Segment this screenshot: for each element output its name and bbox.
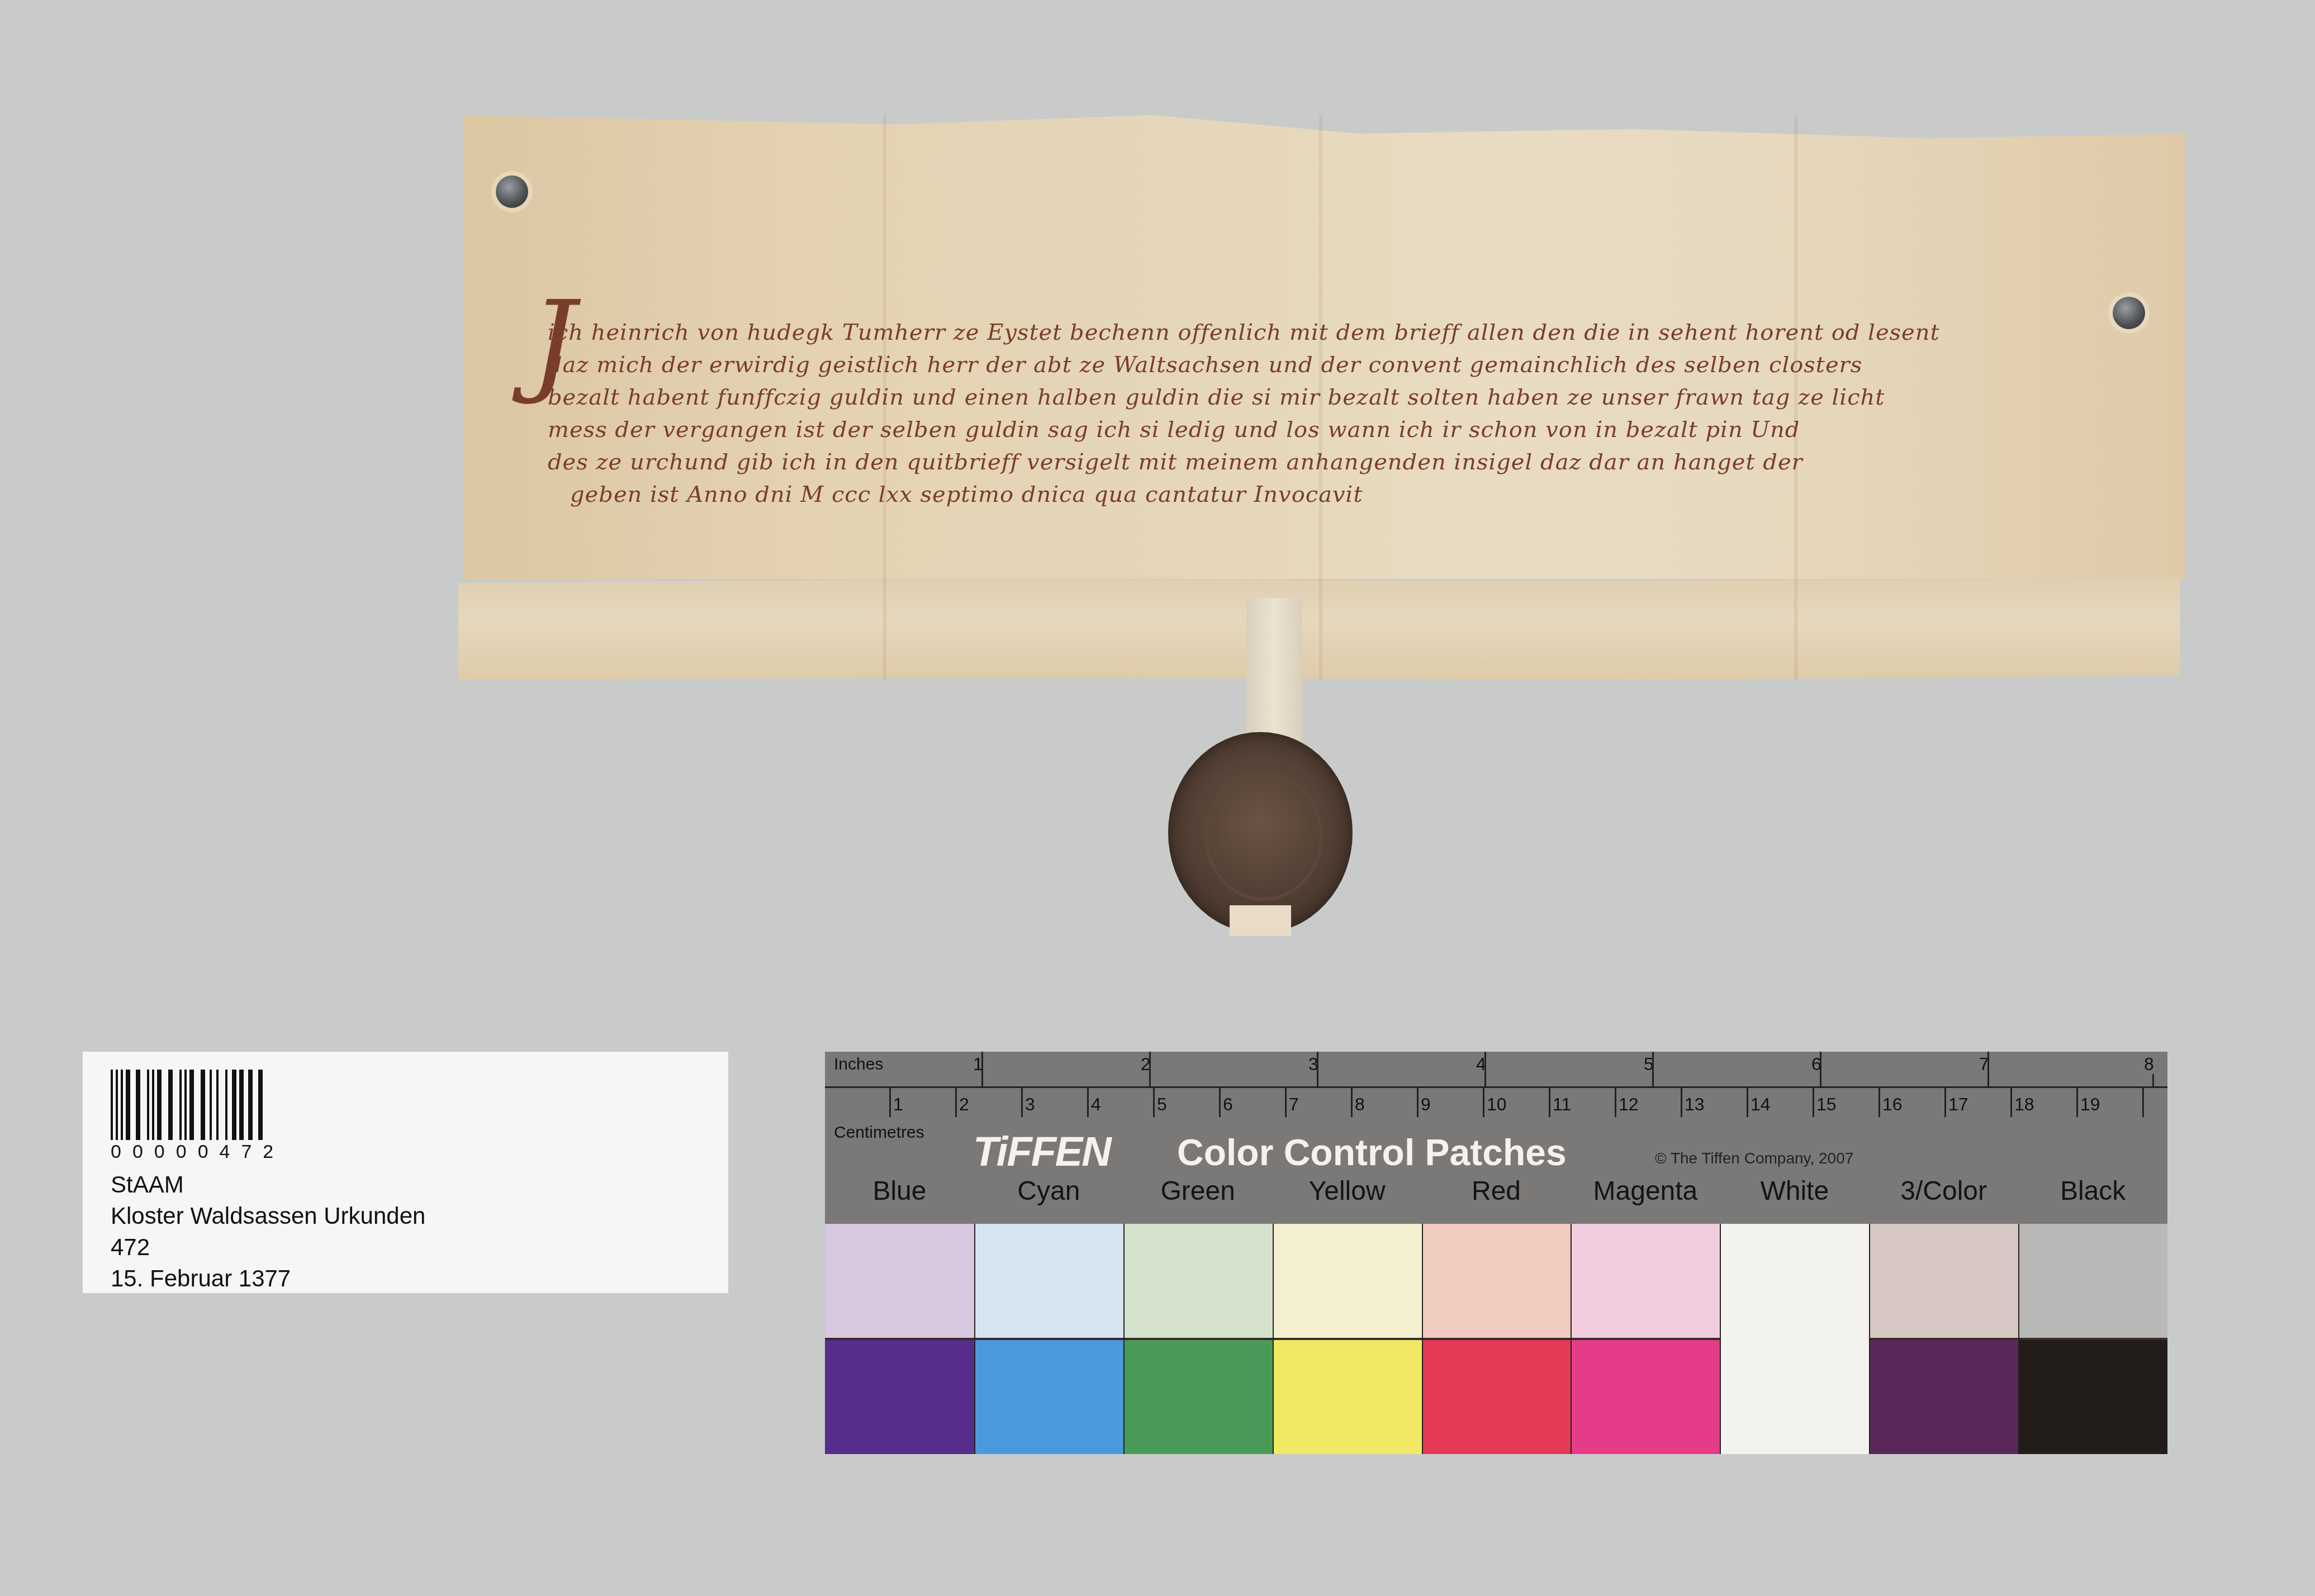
patch-label: Black: [2018, 1176, 2167, 1206]
color-control-card: Inches 1 2 3 4 5 6 7 8 1 2 3 4 5 6 7 8 9…: [825, 1052, 2167, 1454]
text-line: daz mich der erwirdig geistlich herr der…: [548, 349, 2085, 381]
cm-mark: 9: [1421, 1094, 1431, 1115]
patch-yellow: [1273, 1224, 1422, 1454]
patch-label: 3/Color: [1869, 1176, 2018, 1206]
patch-label: Blue: [825, 1176, 974, 1206]
cm-mark: 4: [1091, 1094, 1101, 1115]
patch-3color: [1869, 1224, 2018, 1454]
text-line: des ze urchund gib ich in den quitbrieff…: [548, 446, 2085, 478]
patch-label: Magenta: [1571, 1176, 1720, 1206]
patch-label: Cyan: [974, 1176, 1123, 1206]
cm-mark: 6: [1223, 1094, 1233, 1115]
barcode-number: 00000472: [111, 1141, 284, 1163]
tiffen-logo: TiFFEN: [973, 1128, 1111, 1175]
centimetres-label: Centimetres: [834, 1123, 924, 1142]
patch-green: [1123, 1224, 1273, 1454]
cm-ruler: 1 2 3 4 5 6 7 8 9 10 11 12 13 14 15 16 1…: [825, 1086, 2167, 1120]
barcode-icon: [111, 1070, 263, 1140]
charter-text: ich heinrich von hudegk Tumherr ze Eyste…: [548, 316, 2085, 511]
color-patches: [825, 1224, 2167, 1454]
magnet-holder-icon: [496, 175, 528, 208]
cm-mark: 18: [2014, 1094, 2034, 1115]
cm-mark: 11: [1553, 1094, 1571, 1115]
text-line: geben ist Anno dni M ccc lxx septimo dni…: [548, 478, 2085, 511]
cm-mark: 1: [893, 1094, 903, 1115]
magnet-holder-icon: [2113, 297, 2145, 329]
cm-mark: 3: [1025, 1094, 1035, 1115]
cm-mark: 17: [1948, 1094, 1968, 1115]
text-line: mess der vergangen ist der selben guldin…: [548, 414, 2085, 446]
text-line: bezalt habent funffczig guldin und einen…: [548, 381, 2085, 414]
patch-names: Blue Cyan Green Yellow Red Magenta White…: [825, 1176, 2167, 1206]
cm-mark: 14: [1751, 1094, 1771, 1115]
patch-label: Green: [1123, 1176, 1273, 1206]
cm-mark: 19: [2080, 1094, 2100, 1115]
cm-mark: 2: [959, 1094, 969, 1115]
patch-black: [2018, 1224, 2167, 1454]
cm-mark: 10: [1487, 1094, 1507, 1115]
document-date: 15. Februar 1377: [111, 1263, 425, 1294]
patch-label: Yellow: [1273, 1176, 1422, 1206]
patch-blue: [825, 1224, 974, 1454]
cm-mark: 15: [1816, 1094, 1837, 1115]
cm-mark: 13: [1685, 1094, 1705, 1115]
archive-name: StAAM: [111, 1169, 425, 1200]
cm-mark: 7: [1289, 1094, 1299, 1115]
archive-label: 00000472 StAAM Kloster Waldsassen Urkund…: [83, 1052, 728, 1293]
cm-mark: 8: [1355, 1094, 1365, 1115]
text-line: ich heinrich von hudegk Tumherr ze Eyste…: [548, 316, 2085, 349]
wax-seal: [1168, 732, 1353, 933]
patch-cyan: [974, 1224, 1123, 1454]
copyright-text: © The Tiffen Company, 2007: [1655, 1149, 1853, 1167]
inch-ruler: Inches 1 2 3 4 5 6 7 8: [825, 1052, 2167, 1088]
seal-strap-end: [1230, 905, 1291, 936]
inches-label: Inches: [834, 1055, 883, 1074]
document-number: 472: [111, 1232, 425, 1263]
charter-parchment: J ich heinrich von hudegk Tumherr ze Eys…: [464, 115, 2185, 680]
label-text: StAAM Kloster Waldsassen Urkunden 472 15…: [111, 1169, 425, 1294]
cm-mark: 12: [1619, 1094, 1639, 1115]
card-title: Color Control Patches: [1177, 1131, 1567, 1174]
seal-emblem-bird-icon: [1204, 771, 1323, 901]
collection-name: Kloster Waldsassen Urkunden: [111, 1200, 425, 1232]
patch-label: Red: [1422, 1176, 1571, 1206]
inch-mark: 8: [2144, 1054, 2154, 1075]
patch-red: [1422, 1224, 1571, 1454]
patch-white: [1720, 1224, 1869, 1454]
patch-label: White: [1720, 1176, 1869, 1206]
cm-mark: 5: [1157, 1094, 1167, 1115]
cm-mark: 16: [1882, 1094, 1903, 1115]
patch-magenta: [1571, 1224, 1720, 1454]
